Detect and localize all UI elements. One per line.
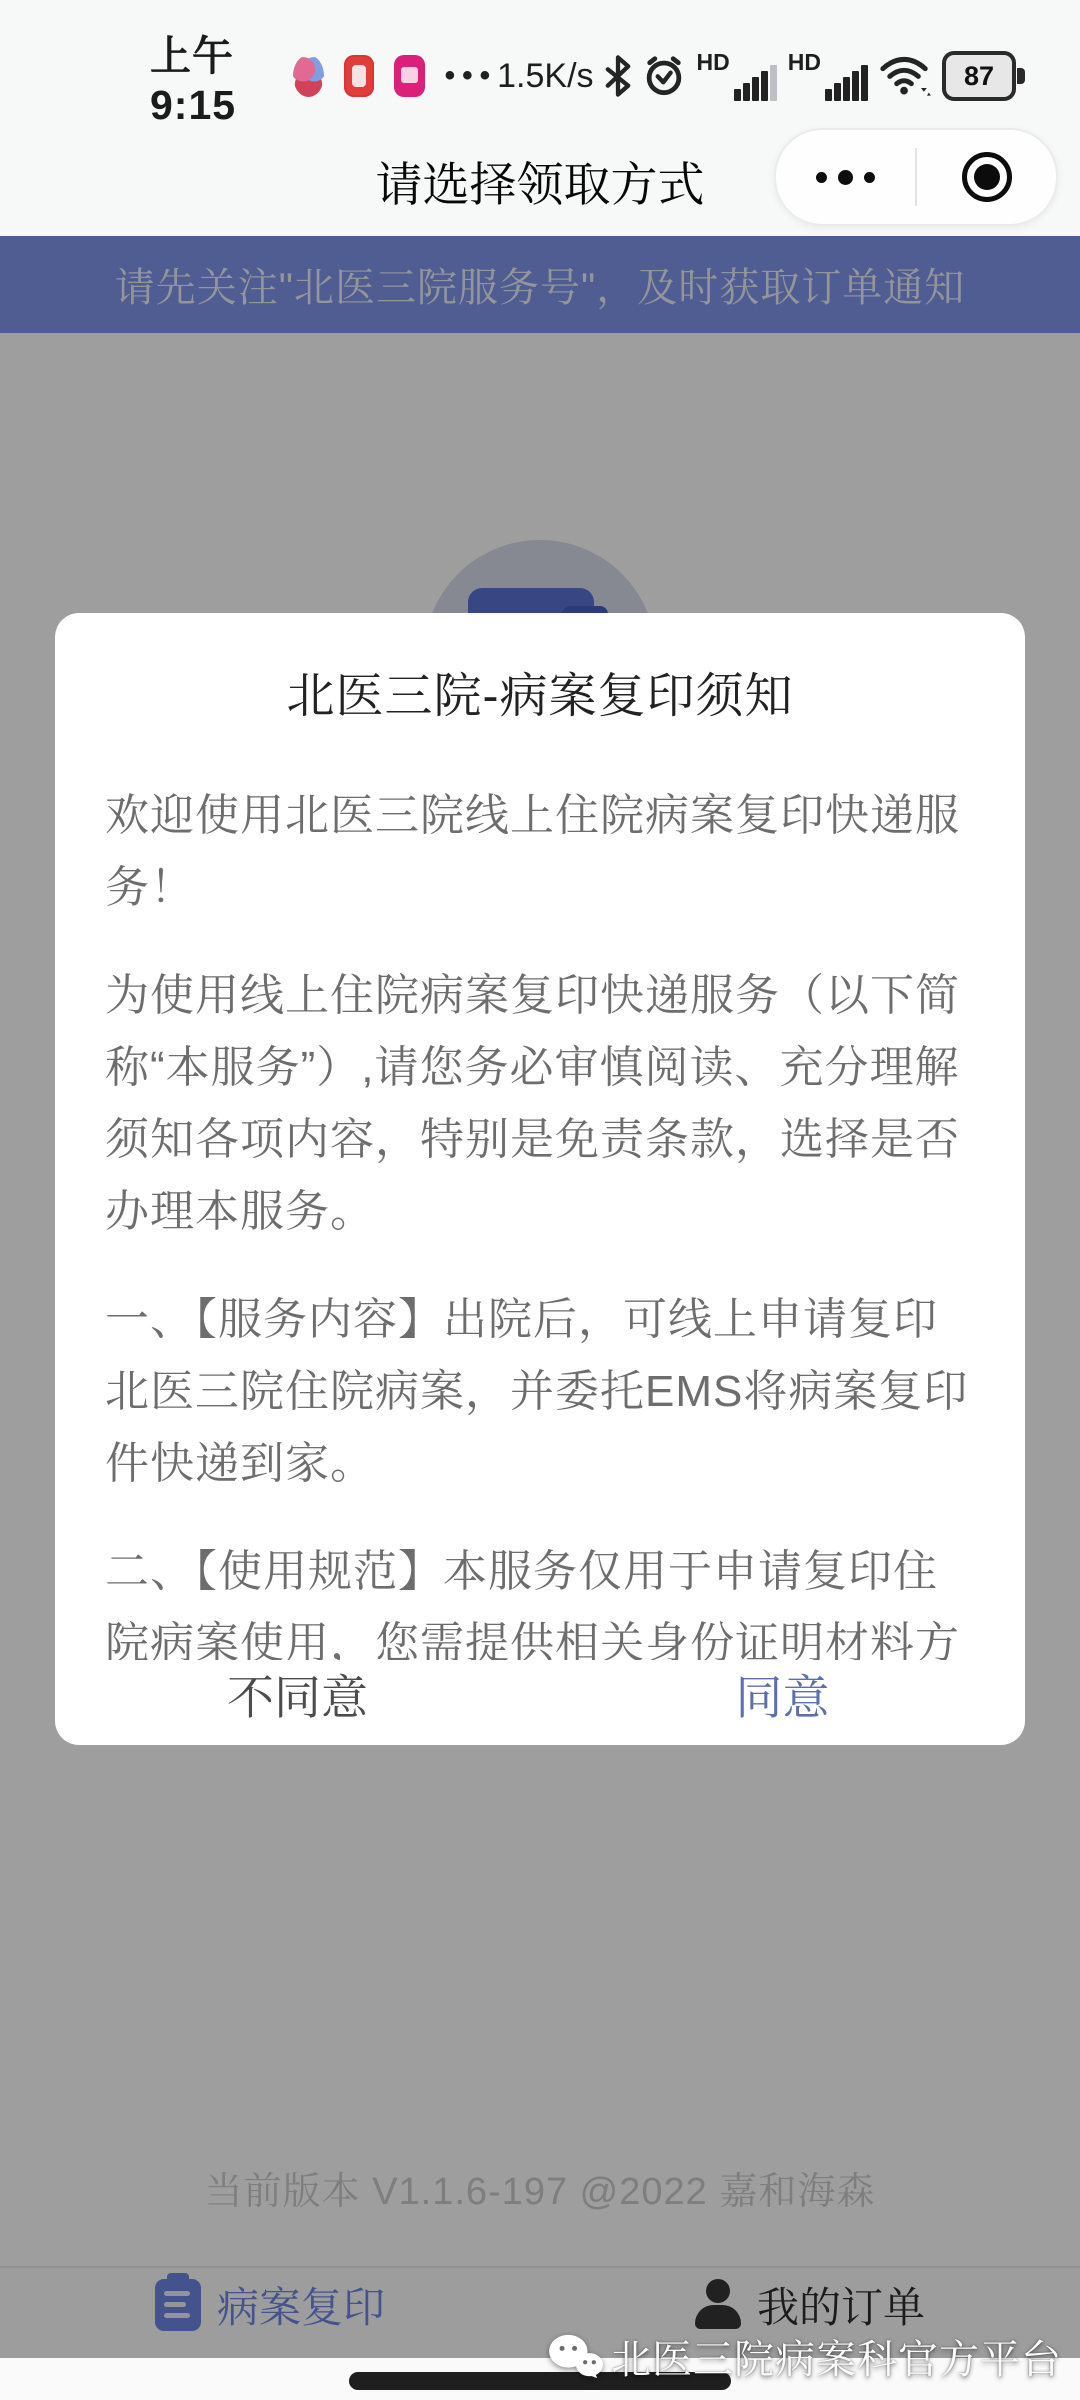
home-target-icon (962, 152, 1012, 202)
official-platform-watermark: 北医三院病案科官方平台 (547, 2328, 1062, 2385)
dialog-body[interactable]: 欢迎使用北医三院线上住院病案复印快递服务！ 为使用线上住院病案复印快递服务（以下… (105, 780, 975, 1660)
watermark-text: 北医三院病案科官方平台 (611, 2328, 1062, 2385)
wechat-logo-icon (547, 2332, 605, 2382)
dialog-paragraph: 欢迎使用北医三院线上住院病案复印快递服务！ (105, 780, 975, 924)
sim2-signal-hd-icon: HD (788, 51, 868, 101)
consent-dialog: 北医三院-病案复印须知 欢迎使用北医三院线上住院病案复印快递服务！ 为使用线上住… (55, 613, 1025, 1745)
status-right-cluster: 1.5K/s HD HD (497, 51, 1016, 101)
notification-app-icon-1 (293, 55, 323, 97)
agree-button[interactable]: 同意 (540, 1643, 1025, 1745)
clock-time: 上午9:15 (150, 23, 273, 129)
sim1-signal-hd-icon: HD (697, 51, 777, 101)
notification-app-icon-3 (394, 55, 424, 97)
disagree-button[interactable]: 不同意 (55, 1643, 540, 1745)
wifi-icon (879, 54, 931, 98)
battery-icon: 87 (942, 51, 1016, 101)
bluetooth-icon (605, 54, 631, 98)
more-menu-button[interactable] (776, 130, 915, 224)
phone-screen: 上午9:15 ••• 1.5K/s HD HD (0, 0, 1080, 2400)
status-left-cluster: 上午9:15 ••• (150, 23, 497, 129)
more-notifications-icon: ••• (445, 59, 498, 93)
notification-app-icon-2 (344, 55, 374, 97)
status-bar: 上午9:15 ••• 1.5K/s HD HD (0, 0, 1080, 134)
battery-percent: 87 (964, 61, 994, 92)
nav-bar: 请选择领取方式 (0, 134, 1080, 236)
close-home-button[interactable] (917, 130, 1056, 224)
dialog-buttons: 不同意 同意 (55, 1643, 1025, 1745)
dialog-paragraph: 为使用线上住院病案复印快递服务（以下简称“本服务”）,请您务必审慎阅读、充分理解… (105, 960, 975, 1248)
alarm-clock-icon (642, 54, 686, 98)
miniprogram-capsule (774, 128, 1058, 226)
dialog-paragraph: 一、【服务内容】出院后，可线上申请复印北医三院住院病案，并委托EMS将病案复印件… (105, 1284, 975, 1500)
dialog-title: 北医三院-病案复印须知 (55, 657, 1025, 726)
network-speed: 1.5K/s (497, 57, 593, 96)
dialog-paragraph: 二、【使用规范】本服务仅用于申请复印住院病案使用，您需提供相关身份证明材料方 (105, 1536, 975, 1660)
